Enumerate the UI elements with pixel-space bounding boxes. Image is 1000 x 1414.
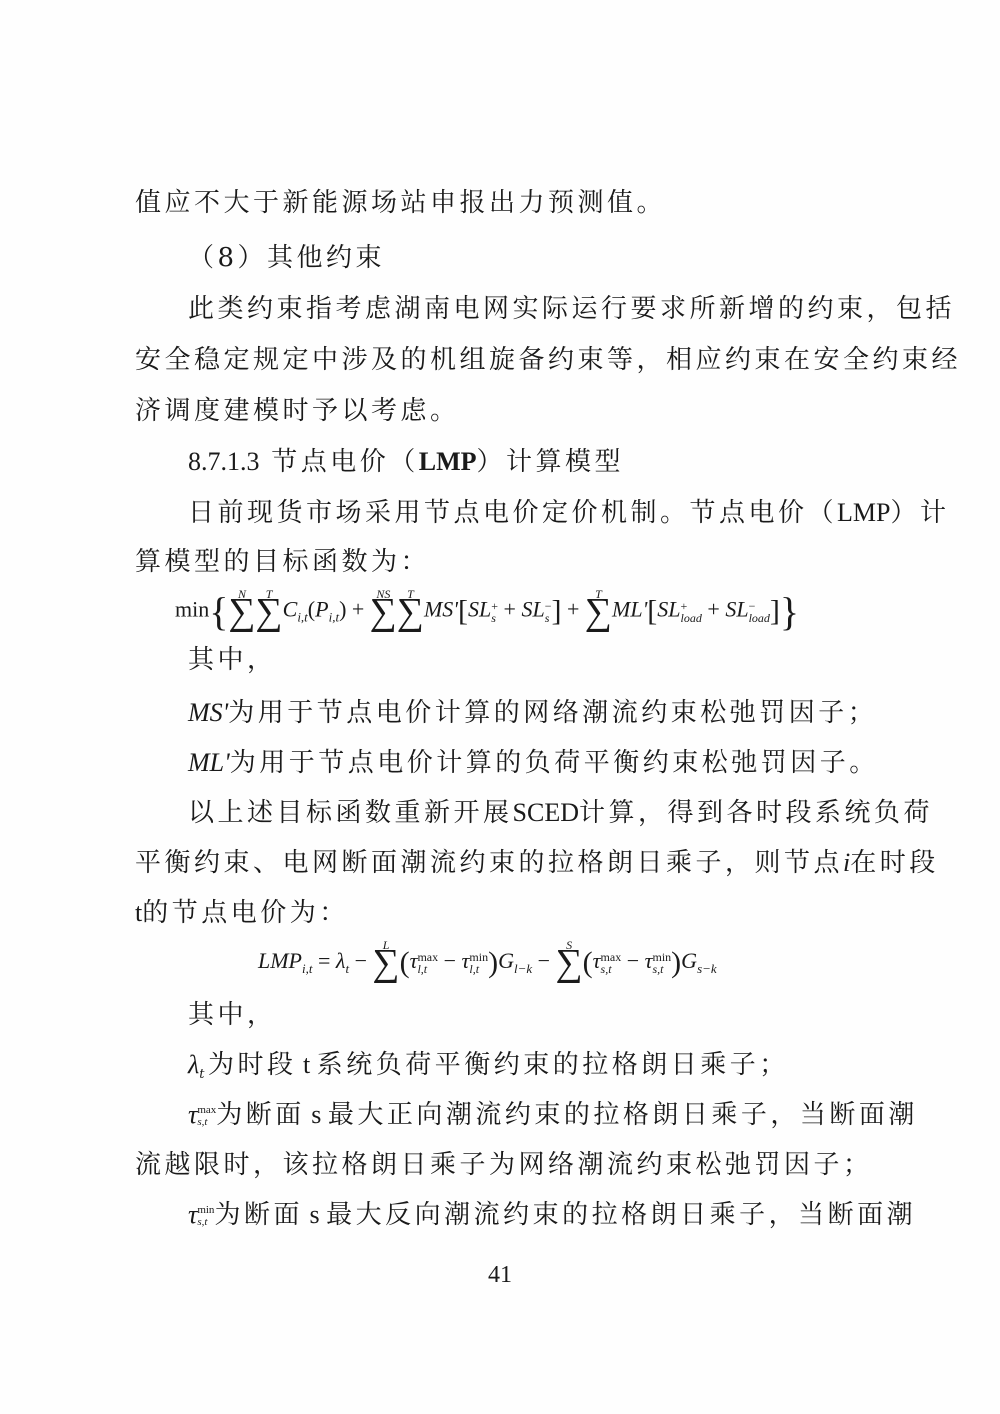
paragraph-continuation: 值应不大于新能源场站申报出力预测值。 — [135, 186, 666, 220]
section-number: 8.7.1.3 — [188, 447, 260, 476]
subsection-heading-other-constraints: （8）其他约束 — [188, 241, 385, 275]
definition-ms: MS'为用于节点电价计算的网络潮流约束松弛罚因子； — [188, 696, 877, 730]
paragraph-line: 济调度建模时予以考虑。 — [135, 394, 460, 428]
paragraph-line: 以上述目标函数重新开展SCED计算，得到各时段系统负荷 — [188, 796, 933, 830]
paragraph-line: t的节点电价为： — [135, 896, 349, 930]
lmp-formula: LMPi,t = λt − L∑(τmaxl,t − τminl,t)Gl−k … — [258, 944, 717, 982]
section-heading-lmp-model: 8.7.1.3 节点电价（LMP）计算模型 — [188, 445, 624, 479]
where-label: 其中， — [188, 643, 277, 677]
definition-tau-min: τmins,t为断面 s 最大反向潮流约束的拉格朗日乘子，当断面潮 — [188, 1198, 916, 1232]
definition-ml: ML'为用于节点电价计算的负荷平衡约束松弛罚因子。 — [188, 746, 879, 780]
paragraph-line: 日前现货市场采用节点电价定价机制。节点电价（LMP）计 — [188, 496, 950, 530]
definition-lambda: λt为时段 t 系统负荷平衡约束的拉格朗日乘子； — [188, 1048, 789, 1092]
objective-function-formula: min{N∑T∑Ci,t(Pi,t) + NS∑T∑MS'[SL+s + SL−… — [175, 588, 799, 635]
paragraph-line: 平衡约束、电网断面潮流约束的拉格朗日乘子，则节点i在时段 — [135, 846, 939, 880]
symbol-tau-min: τ — [188, 1200, 197, 1229]
page-number: 41 — [0, 1262, 1000, 1289]
symbol-ms: MS' — [188, 698, 228, 727]
where-label: 其中， — [188, 998, 277, 1032]
symbol-ml: ML' — [188, 748, 230, 777]
paragraph-line: 安全稳定规定中涉及的机组旋备约束等，相应约束在安全约束经 — [135, 343, 961, 377]
definition-tau-max: τmaxs,t为断面 s 最大正向潮流约束的拉格朗日乘子，当断面潮 — [188, 1098, 918, 1132]
symbol-lambda: λ — [188, 1050, 199, 1079]
paragraph-line: 流越限时，该拉格朗日乘子为网络潮流约束松弛罚因子； — [135, 1148, 873, 1182]
paragraph-line: 此类约束指考虑湖南电网实际运行要求所新增的约束，包括 — [188, 292, 955, 326]
symbol-tau-max: τ — [188, 1100, 197, 1129]
